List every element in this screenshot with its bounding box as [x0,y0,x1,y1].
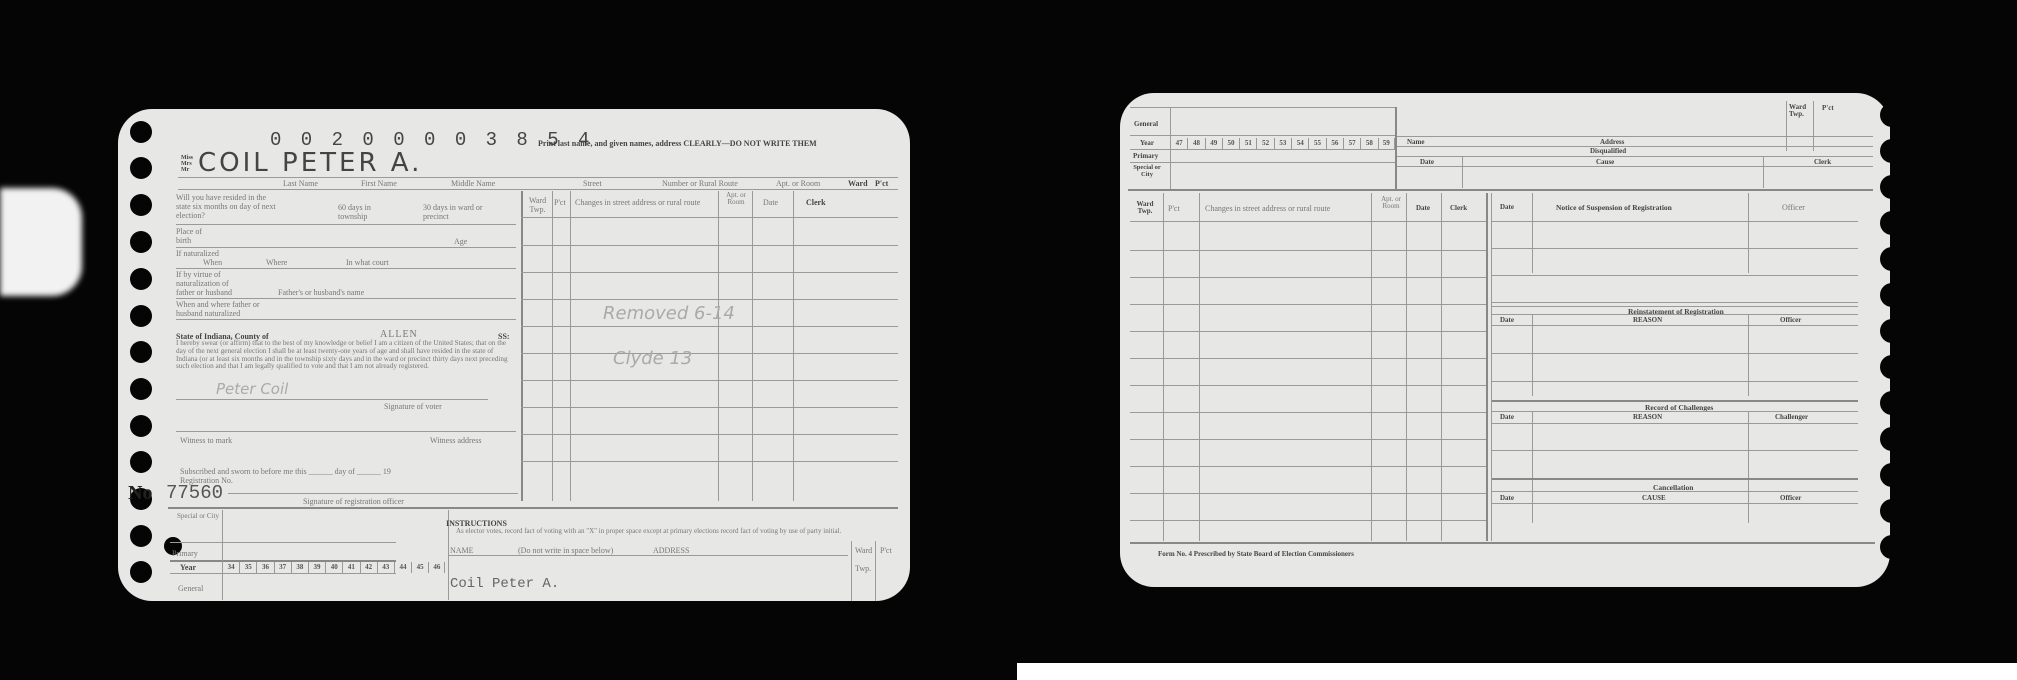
court-label: In what court [346,258,389,267]
age-label: Age [454,237,467,246]
punch-hole [130,305,152,327]
oath-text: I hereby swear (or affirm) that to the b… [176,340,516,371]
last-name-label: Last Name [283,179,318,188]
col-date-back: Date [1416,204,1430,213]
punch-hole [130,268,152,290]
title-options: Miss Mrs Mr [181,155,193,173]
handwritten-change-2: Clyde 13 [613,349,692,369]
header-instruction: Print last name, and given names, addres… [538,139,817,148]
punch-hole [1880,283,1904,307]
reinstatement-reason-header: REASON [1633,316,1662,325]
resided-question: Will you have resided in the state six m… [176,193,276,220]
col-apt-back: Apt. or Room [1378,196,1404,210]
witness-address-label: Witness address [430,436,481,445]
row-year-back: Year [1140,139,1154,148]
address-label-bottom: ADDRESS [653,546,689,555]
suspension-date-header: Date [1500,203,1514,212]
row-year: Year [180,563,196,572]
challenges-challenger-header: Challenger [1775,413,1808,422]
punch-hole [1880,427,1904,451]
col-apt: Apt. or Room [721,192,751,206]
pct-label-back: P'ct [1822,104,1834,113]
instructions-text: As elector votes, record fact of voting … [456,527,886,535]
challenges-reason-header: REASON [1633,413,1662,422]
reinstatement-officer-header: Officer [1780,316,1801,325]
col-changes-back: Changes in street address or rural route [1205,204,1330,213]
naturalized-label: If naturalized [176,249,226,258]
father-naturalized-label: When and where father or husband natural… [176,300,266,318]
middle-name-label: Middle Name [451,179,495,188]
col-clerk: Clerk [806,198,826,207]
cancellation-date-header: Date [1500,494,1514,503]
handwritten-change-1: Removed 6-14 [603,304,735,324]
row-special-back: Special or City [1132,164,1162,178]
name-handwritten: COIL PETER A. [198,149,422,177]
form-footer: Form No. 4 Prescribed by State Board of … [1158,550,1354,559]
row-general: General [178,584,203,593]
sixty-days-label: 60 days in township [338,203,393,221]
suspension-title: Notice of Suspension of Registration [1556,203,1672,212]
county-value: ALLEN [380,330,418,339]
apt-label: Apt. or Room [776,179,820,188]
name-label-bottom: NAME [450,546,474,555]
punch-hole [1880,463,1904,487]
row-primary: Primary [172,549,198,558]
challenges-date-header: Date [1500,413,1514,422]
punch-hole [130,415,152,437]
year-row-back: 47 48 49 50 51 52 53 54 55 56 57 58 59 [1170,138,1395,149]
reinstatement-date-header: Date [1500,316,1514,325]
disqualified-label: Disqualified [1590,147,1626,156]
punch-hole [1880,175,1904,199]
suspension-officer-header: Officer [1782,203,1805,212]
when-label: When [203,258,222,267]
cancellation-officer-header: Officer [1780,494,1801,503]
punch-hole [130,231,152,253]
voter-signature: Peter Coil [216,381,288,397]
do-not-write-label: (Do not write in space below) [518,546,613,555]
pct-label-bottom: P'ct [880,546,892,555]
col-ward-twp-back: Ward Twp. [1133,201,1157,215]
birth-label: Place of birth [176,227,216,245]
subscribed-text: Subscribed and sworn to before me this _… [180,467,391,476]
where-label: Where [266,258,287,267]
number-mark: No [128,482,152,504]
scanner-glare [0,188,82,296]
witness-label: Witness to mark [180,436,232,445]
punch-hole [130,378,152,400]
col-pct-back: P'ct [1168,204,1180,213]
punch-hole [130,121,152,143]
punch-hole [130,194,152,216]
punch-hole [130,561,152,583]
ward-twp-label-back: Ward Twp. [1789,104,1811,118]
father-name-label: Father's or husband's name [278,288,364,297]
pct-label: P'ct [875,179,888,188]
registration-card-back: General Year 47 48 49 50 51 52 53 54 55 … [1120,93,1890,587]
punch-hole [1880,319,1904,343]
row-special-city: Special or City [176,512,220,520]
col-ward-twp: Ward Twp. [525,196,550,214]
punch-hole [1880,247,1904,271]
col-date: Date [763,198,778,207]
first-name-label: First Name [361,179,397,188]
ward-label: Ward [848,179,868,188]
number-label: Number or Rural Route [662,179,738,188]
punch-hole [130,157,152,179]
ward-label-bottom: Ward [855,546,872,555]
col-changes: Changes in street address or rural route [575,198,700,207]
registration-number: 77560 [166,483,223,503]
row-general-back: General [1134,120,1158,129]
punch-hole [130,341,152,363]
reg-officer-label: Signature of registration officer [303,497,404,506]
signature-label: Signature of voter [384,402,442,411]
scan-border-strip [1017,663,2017,680]
year-row-front: 34 35 36 37 38 39 40 41 42 43 44 45 46 [222,562,445,573]
virtue-label: If by virtue of naturalization of father… [176,270,246,297]
typed-name: Coil Peter A. [450,577,559,592]
punch-hole [1880,355,1904,379]
punch-hole [1880,391,1904,415]
punch-hole [1880,499,1904,523]
thirty-days-label: 30 days in ward or precinct [423,203,493,221]
cancellation-cause-header: CAUSE [1642,494,1666,503]
col-pct: P'ct [554,198,566,207]
twp-label-bottom: Twp. [855,564,871,573]
street-label: Street [583,179,602,188]
punch-hole [130,525,152,547]
col-clerk-back: Clerk [1450,204,1467,213]
punch-hole [1880,535,1904,559]
punch-hole [130,451,152,473]
punch-hole [1880,139,1904,163]
punch-hole [1880,211,1904,235]
row-primary-back: Primary [1133,152,1158,161]
punch-hole [1880,103,1904,127]
registration-card-front: 0 0 2 0 0 0 0 3 8 5 4 Print last name, a… [118,109,910,601]
